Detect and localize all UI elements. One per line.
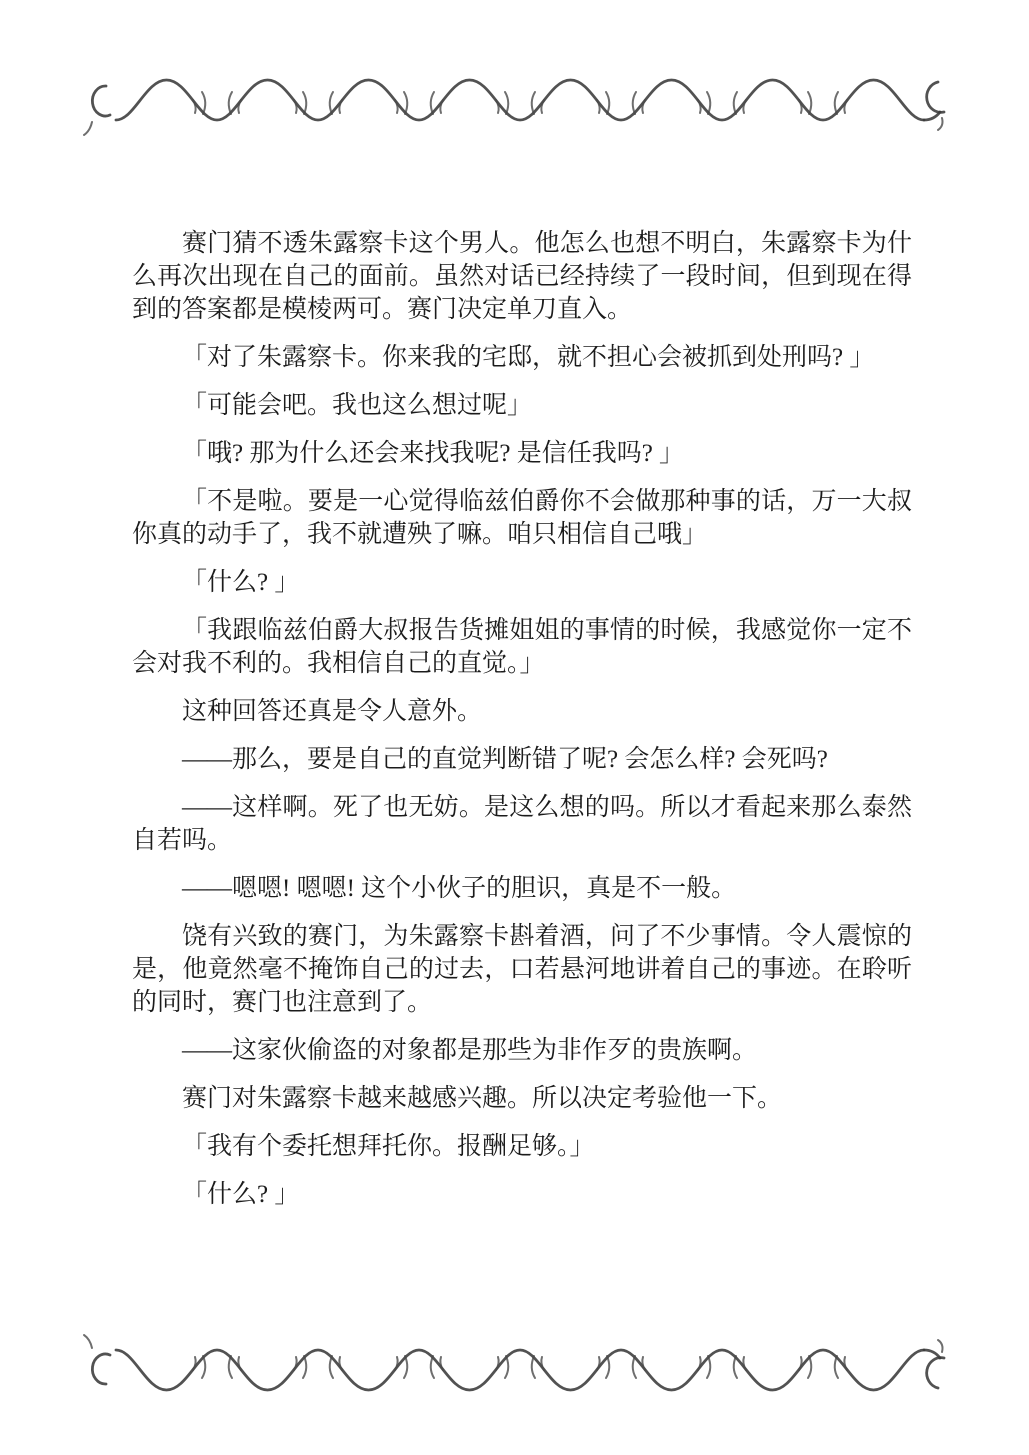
paragraph: ——这家伙偷盗的对象都是那些为非作歹的贵族啊。 [132, 1034, 912, 1067]
paragraph: 「我有个委托想拜托你。报酬足够。」 [132, 1130, 912, 1163]
paragraph: ——那么，要是自己的直觉判断错了呢? 会怎么样? 会死吗? [132, 743, 912, 776]
paragraph: 这种回答还真是令人意外。 [132, 695, 912, 728]
paragraph: 「不是啦。要是一心觉得临兹伯爵你不会做那种事的话，万一大叔你真的动手了，我不就遭… [132, 485, 912, 551]
paragraph: 「什么? 」 [132, 1178, 912, 1211]
paragraph: 「什么? 」 [132, 566, 912, 599]
paragraph: 「对了朱露察卡。你来我的宅邸，就不担心会被抓到处刑吗? 」 [132, 341, 912, 374]
flourish-divider-top-icon [72, 58, 956, 138]
paragraph: 赛门猜不透朱露察卡这个男人。他怎么也想不明白，朱露察卡为什么再次出现在自己的面前… [132, 227, 912, 326]
paragraph: 赛门对朱露察卡越来越感兴趣。所以决定考验他一下。 [132, 1082, 912, 1115]
paragraph: ——这样啊。死了也无妨。是这么想的吗。所以才看起来那么泰然自若吗。 [132, 791, 912, 857]
paragraph: 「可能会吧。我也这么想过呢」 [132, 389, 912, 422]
paragraph: 「哦? 那为什么还会来找我呢? 是信任我吗? 」 [132, 437, 912, 470]
flourish-divider-bottom-icon [72, 1332, 956, 1412]
novel-page: 赛门猜不透朱露察卡这个男人。他怎么也想不明白，朱露察卡为什么再次出现在自己的面前… [0, 0, 1029, 1455]
paragraph: 饶有兴致的赛门，为朱露察卡斟着酒，问了不少事情。令人震惊的是，他竟然毫不掩饰自己… [132, 920, 912, 1019]
page-text: 赛门猜不透朱露察卡这个男人。他怎么也想不明白，朱露察卡为什么再次出现在自己的面前… [132, 227, 912, 1211]
paragraph: 「我跟临兹伯爵大叔报告货摊姐姐的事情的时候，我感觉你一定不会对我不利的。我相信自… [132, 614, 912, 680]
paragraph: ——嗯嗯! 嗯嗯! 这个小伙子的胆识，真是不一般。 [132, 872, 912, 905]
